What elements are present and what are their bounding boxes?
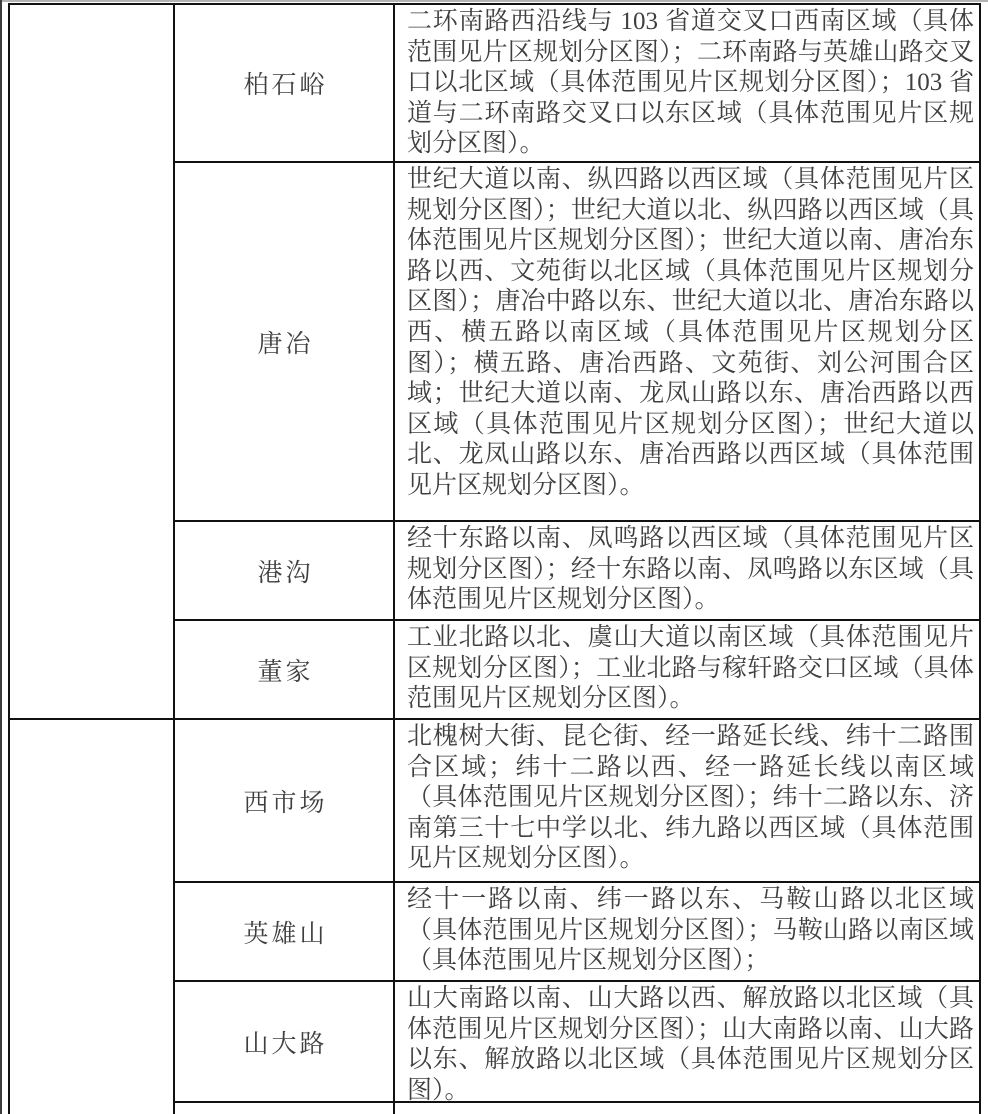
zoning-table: 柏石峪 二环南路西沿线与 103 省道交叉口西南区域（具体范围见片区规划分区图）… [8, 3, 981, 1114]
description-cell: 经十东路以南、凤鸣路以西区域（具体范围见片区规划分区图）；经十东路以南、凤鸣路以… [395, 522, 981, 621]
district-cell: 柏石峪 [175, 5, 395, 163]
description-cell: 二环南路西沿线与 103 省道交叉口西南区域（具体范围见片区规划分区图）；二环南… [395, 5, 981, 163]
description-cell: 工业北路以北、虞山大道以南区域（具体范围见片区规划分区图）；工业北路与稼轩路交口… [395, 621, 981, 720]
document-page: 柏石峪 二环南路西沿线与 103 省道交叉口西南区域（具体范围见片区规划分区图）… [0, 0, 988, 1114]
page-left-edge [0, 0, 2, 1114]
district-cell: 唐冶 [175, 163, 395, 522]
district-cell: 英雄山 [175, 883, 395, 982]
page-top-edge [0, 0, 988, 2]
merged-group-cell-upper [10, 5, 175, 720]
description-cell: 世纪大道以南、纵四路以西区域（具体范围见片区规划分区图）；世纪大道以北、纵四路以… [395, 163, 981, 522]
description-cell: 经十一路以南、纬一路以东、马鞍山路以北区域（具体范围见片区规划分区图）；马鞍山路… [395, 883, 981, 982]
merged-group-cell-lower [10, 720, 175, 1114]
district-cell: 西市场 [175, 720, 395, 883]
district-cell: 港沟 [175, 522, 395, 621]
partial-next-row-district-cell [175, 1103, 395, 1114]
partial-next-row-description-cell [395, 1103, 981, 1114]
district-cell: 山大路 [175, 982, 395, 1103]
district-cell: 董家 [175, 621, 395, 720]
description-cell: 山大南路以南、山大路以西、解放路以北区域（具体范围见片区规划分区图）；山大南路以… [395, 982, 981, 1103]
description-cell: 北槐树大街、昆仑街、经一路延长线、纬十二路围合区域；纬十二路以西、经一路延长线以… [395, 720, 981, 883]
